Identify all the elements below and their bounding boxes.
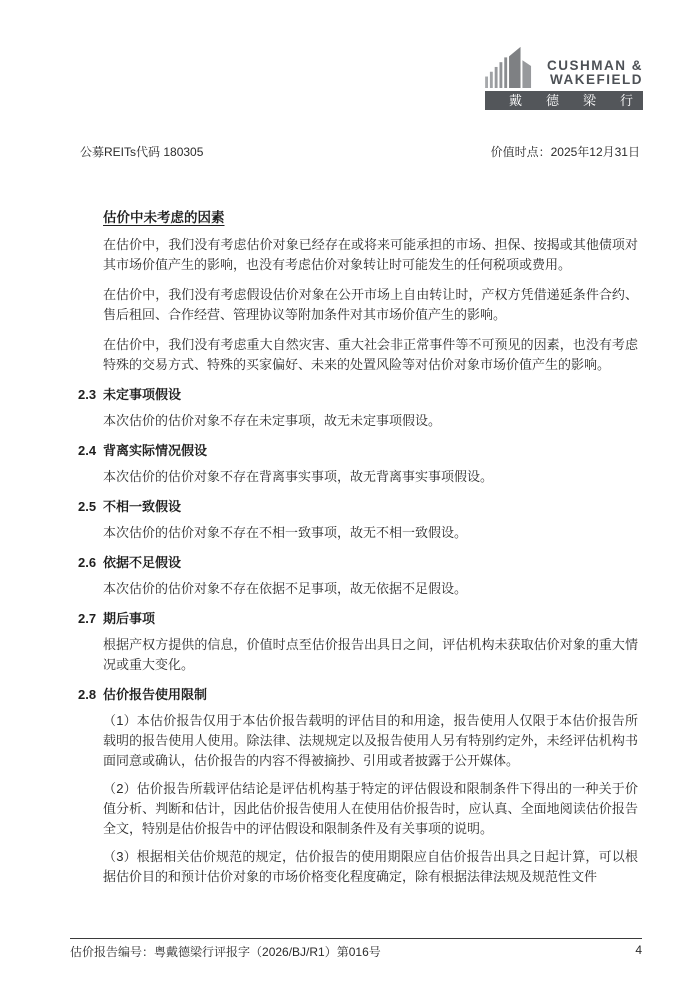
section-number: 2.4 bbox=[78, 441, 103, 461]
building-skyline-icon bbox=[485, 44, 535, 88]
section-number: 2.6 bbox=[78, 553, 103, 573]
section-paragraph: 根据产权方提供的信息，价值时点至估价报告出具日之间，评估机构未获取估价对象的重大… bbox=[103, 635, 638, 675]
intro-paragraph-2: 在估价中，我们没有考虑假设估价对象在公开市场上自由转让时，产权方凭借递延条件合约… bbox=[103, 285, 638, 325]
section-2-3: 2.3 未定事项假设 本次估价的估价对象不存在未定事项，故无未定事项假设。 bbox=[78, 385, 638, 431]
section-number: 2.5 bbox=[78, 497, 103, 517]
report-page: CUSHMAN & WAKEFIELD 戴德梁行 公募REITs代码 18030… bbox=[0, 0, 700, 990]
report-number: 估价报告编号：粤戴德梁行评报字（2026/BJ/R1）第016号 bbox=[70, 943, 381, 960]
section-paragraph-3: （3）根据相关估价规范的规定，估价报告的使用期限应自估价报告出具之日起计算，可以… bbox=[103, 847, 638, 887]
section-2-6-heading: 2.6 依据不足假设 bbox=[78, 553, 638, 573]
value-date-value: 2025年12月31日 bbox=[551, 145, 640, 159]
section-paragraph: 本次估价的估价对象不存在不相一致事项，故无不相一致假设。 bbox=[103, 523, 638, 543]
page-footer: 估价报告编号：粤戴德梁行评报字（2026/BJ/R1）第016号 4 bbox=[70, 938, 642, 960]
section-heading-text: 未定事项假设 bbox=[103, 385, 181, 405]
intro-paragraph-3: 在估价中，我们没有考虑重大自然灾害、重大社会非正常事件等不可预见的因素，也没有考… bbox=[103, 335, 638, 375]
brand-line1: CUSHMAN & bbox=[547, 58, 643, 73]
reits-code: 公募REITs代码 180305 bbox=[80, 143, 203, 160]
section-heading-text: 不相一致假设 bbox=[103, 497, 181, 517]
section-2-8: 2.8 估价报告使用限制 （1）本估价报告仅用于本估价报告载明的评估目的和用途，… bbox=[78, 685, 638, 887]
section-2-4-heading: 2.4 背离实际情况假设 bbox=[78, 441, 638, 461]
section-2-8-heading: 2.8 估价报告使用限制 bbox=[78, 685, 638, 705]
section-paragraph: 本次估价的估价对象不存在背离事实事项，故无背离事实事项假设。 bbox=[103, 467, 638, 487]
reits-code-value: 180305 bbox=[163, 145, 203, 159]
section-number: 2.3 bbox=[78, 385, 103, 405]
section-number: 2.7 bbox=[78, 609, 103, 629]
intro-paragraph-1: 在估价中，我们没有考虑估价对象已经存在或将来可能承担的市场、担保、按揭或其他债项… bbox=[103, 235, 638, 275]
section-heading-text: 期后事项 bbox=[103, 609, 155, 629]
section-2-6: 2.6 依据不足假设 本次估价的估价对象不存在依据不足事项，故无依据不足假设。 bbox=[78, 553, 638, 599]
reits-code-label: 公募REITs代码 bbox=[80, 145, 160, 159]
section-paragraph-2: （2）估价报告所载评估结论是评估机构基于特定的评估假设和限制条件下得出的一种关于… bbox=[103, 779, 638, 839]
document-body: 估价中未考虑的因素 在估价中，我们没有考虑估价对象已经存在或将来可能承担的市场、… bbox=[78, 208, 638, 887]
section-paragraph-1: （1）本估价报告仅用于本估价报告载明的评估目的和用途，报告使用人仅限于本估价报告… bbox=[103, 711, 638, 771]
section-2-5: 2.5 不相一致假设 本次估价的估价对象不存在不相一致事项，故无不相一致假设。 bbox=[78, 497, 638, 543]
header-meta-row: 公募REITs代码 180305 价值时点：2025年12月31日 bbox=[80, 143, 640, 160]
value-date: 价值时点：2025年12月31日 bbox=[491, 143, 640, 160]
report-number-label: 估价报告编号： bbox=[70, 945, 154, 959]
cushman-wakefield-logo: CUSHMAN & WAKEFIELD 戴德梁行 bbox=[485, 44, 643, 110]
section-heading-text: 估价报告使用限制 bbox=[103, 685, 207, 705]
section-paragraph: 本次估价的估价对象不存在依据不足事项，故无依据不足假设。 bbox=[103, 579, 638, 599]
section-paragraph: 本次估价的估价对象不存在未定事项，故无未定事项假设。 bbox=[103, 411, 638, 431]
section-heading-text: 背离实际情况假设 bbox=[103, 441, 207, 461]
section-heading-text: 依据不足假设 bbox=[103, 553, 181, 573]
brand-name-cn-bar: 戴德梁行 bbox=[485, 91, 643, 110]
section-2-7-heading: 2.7 期后事项 bbox=[78, 609, 638, 629]
section-2-7: 2.7 期后事项 根据产权方提供的信息，价值时点至估价报告出具日之间，评估机构未… bbox=[78, 609, 638, 675]
section-2-5-heading: 2.5 不相一致假设 bbox=[78, 497, 638, 517]
report-number-value: 粤戴德梁行评报字（2026/BJ/R1）第016号 bbox=[154, 945, 381, 959]
section-2-4: 2.4 背离实际情况假设 本次估价的估价对象不存在背离事实事项，故无背离事实事项… bbox=[78, 441, 638, 487]
section-title-unconsidered-factors: 估价中未考虑的因素 bbox=[103, 208, 638, 228]
brand-line2: WAKEFIELD bbox=[550, 72, 643, 87]
value-date-label: 价值时点： bbox=[491, 145, 551, 159]
section-number: 2.8 bbox=[78, 685, 103, 705]
page-number: 4 bbox=[635, 943, 642, 960]
section-2-3-heading: 2.3 未定事项假设 bbox=[78, 385, 638, 405]
brand-name-en: CUSHMAN & WAKEFIELD bbox=[547, 59, 643, 88]
